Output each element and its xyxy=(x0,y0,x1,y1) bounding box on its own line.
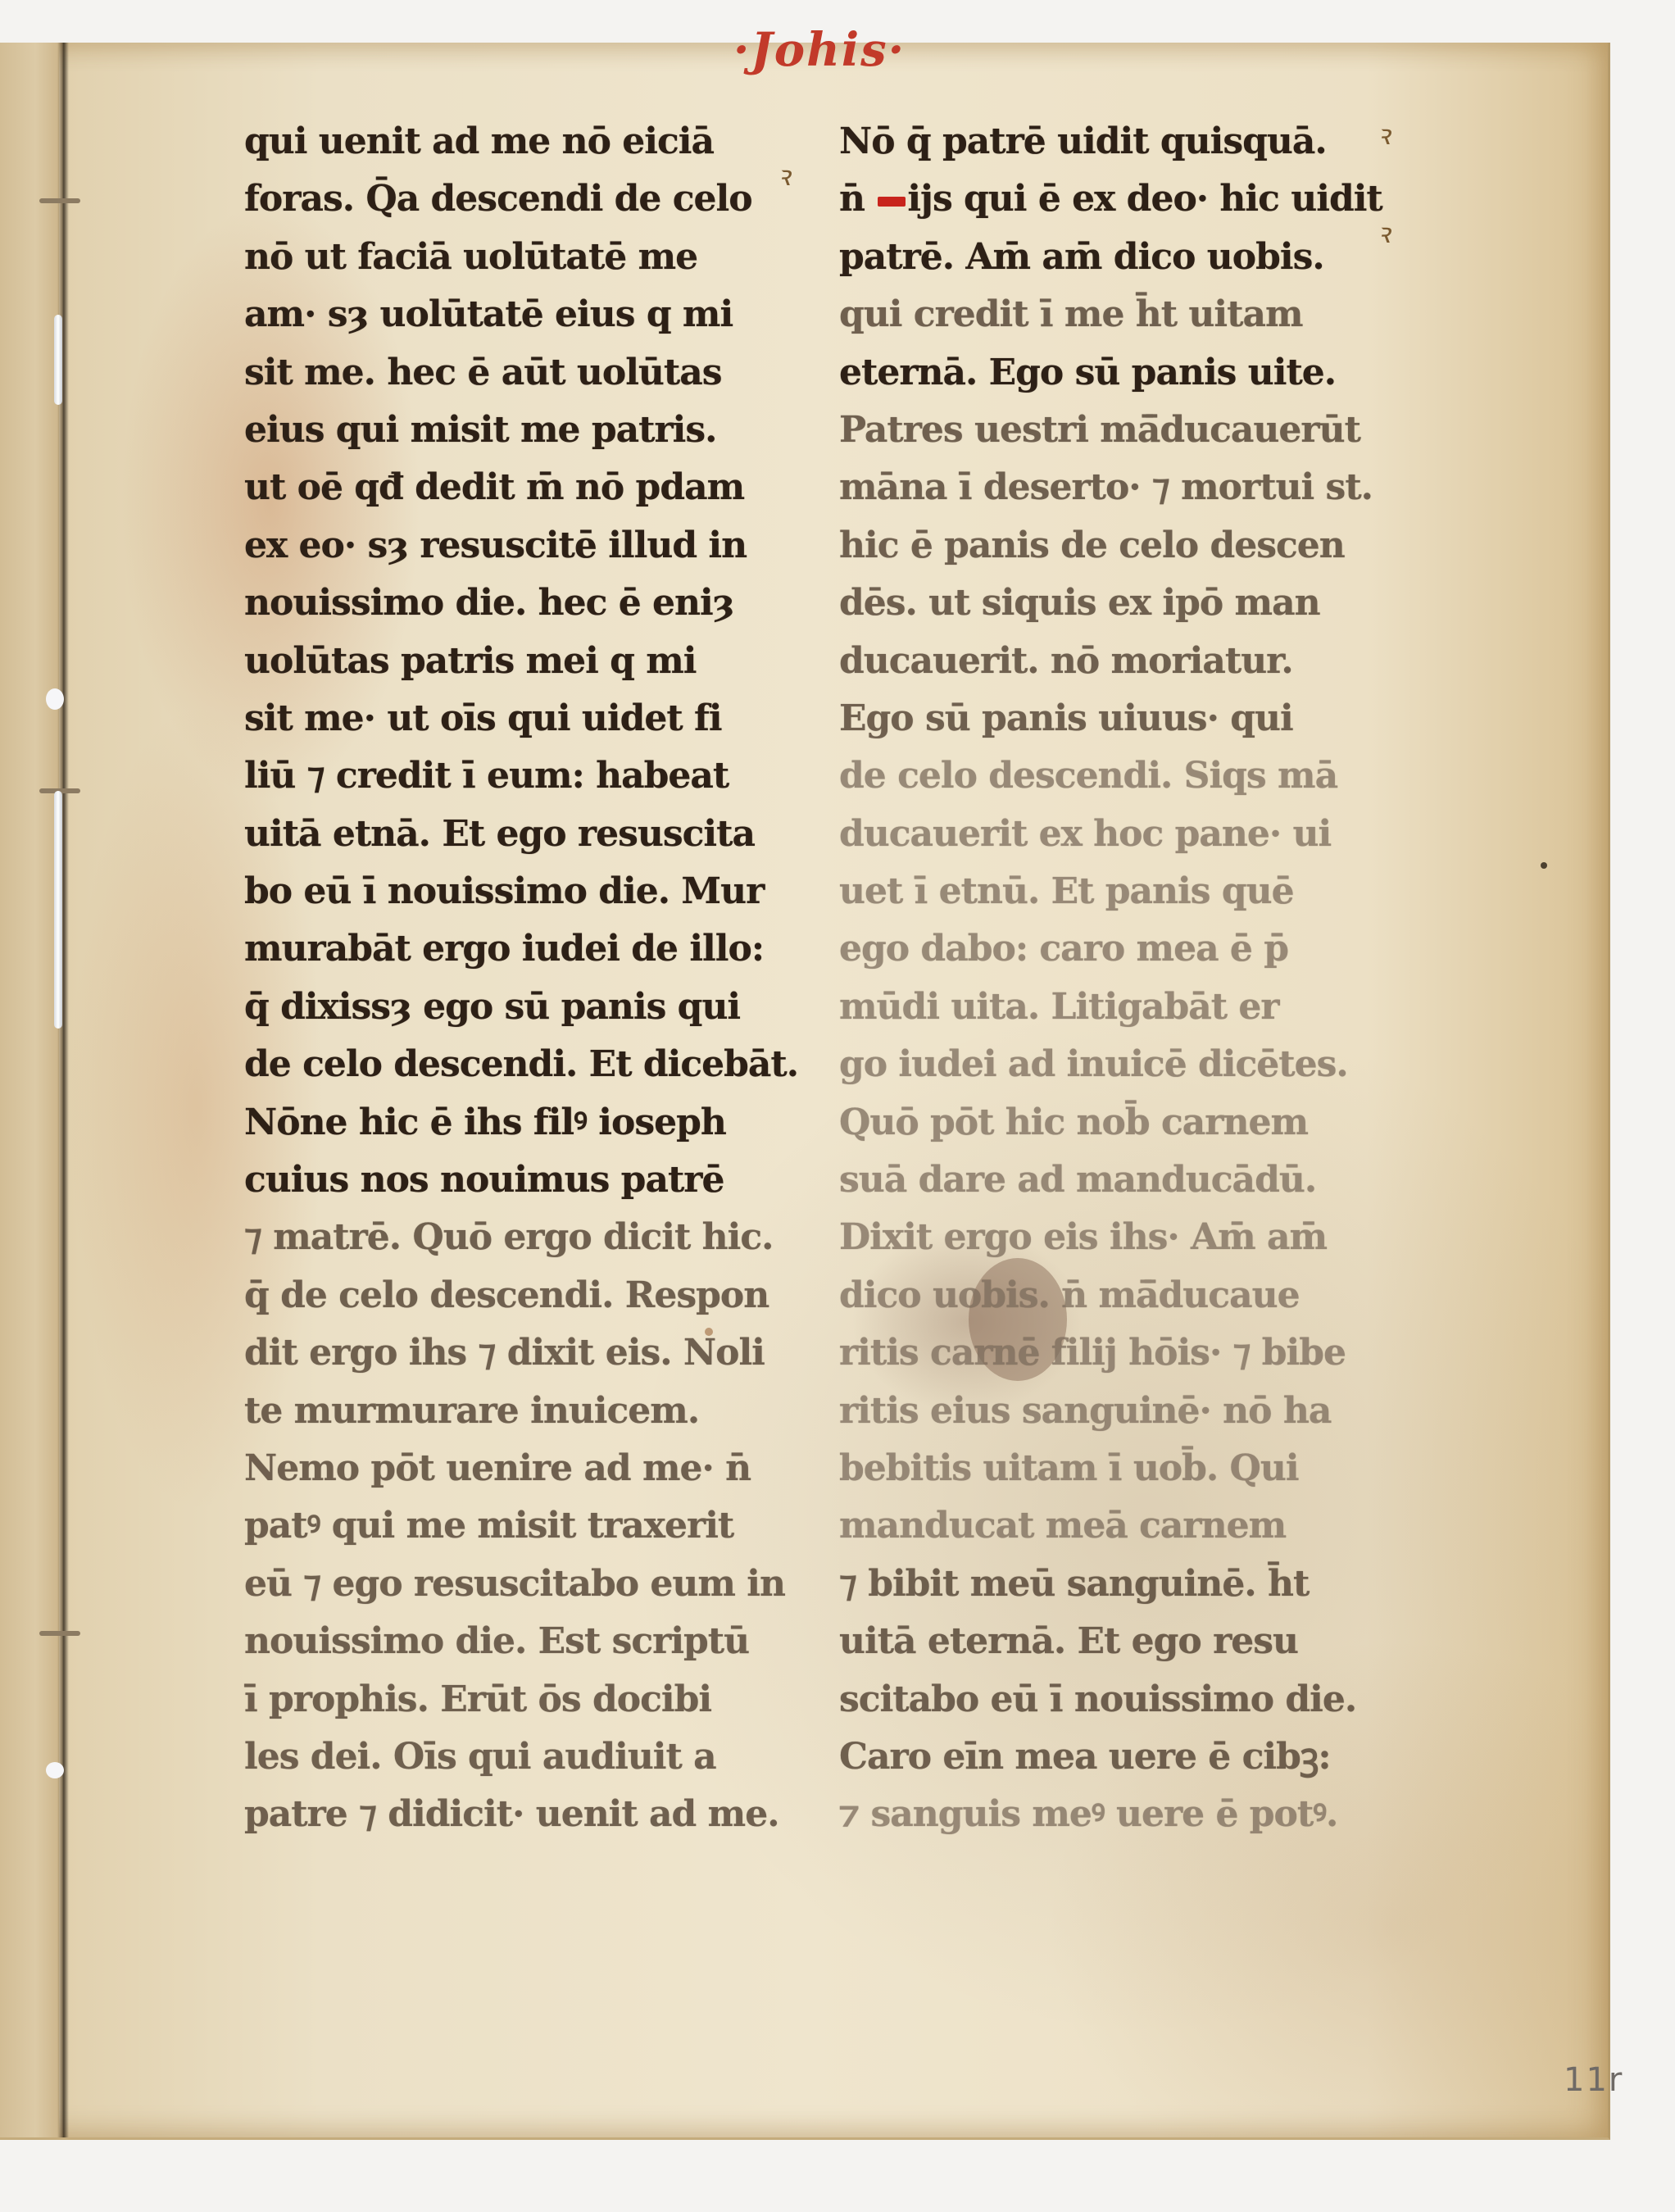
text-line: patre ⁊ didicit· uenit ad me. xyxy=(244,1786,777,1843)
text-line: Nemo pōt uenire ad me· n̄ xyxy=(244,1440,777,1497)
text-line: dēs. ut siquis ex ipō man xyxy=(839,575,1388,632)
text-line: foras. Q̄a descendi de celo xyxy=(244,170,777,228)
text-line: sit me. hec ē aūt uolūtas xyxy=(244,344,777,402)
text-line: dit ergo ihs ⁊ dixit eis. Noli xyxy=(244,1324,777,1382)
text-line: ego dabo: caro mea ē p̄ xyxy=(839,920,1388,978)
text-line: suā dare ad manducādū. xyxy=(839,1151,1388,1209)
text-line: murabāt ergo iudei de illo: xyxy=(244,920,777,978)
sewing-hole xyxy=(46,688,64,710)
text-line: qui uenit ad me nō eiciā xyxy=(244,113,777,170)
correction-mark: ꝛ xyxy=(777,156,790,193)
sewing-hole xyxy=(46,1762,64,1778)
text-line: liū ⁊ credit ī eum: habeat xyxy=(244,747,777,805)
text-fragment: ijs qui ē ex deo· hic uidit xyxy=(907,178,1382,220)
text-line: ex eo· sȝ resuscitē illud in xyxy=(244,517,777,575)
text-column-left: qui uenit ad me nō eiciā foras. Q̄a desc… xyxy=(244,113,777,1844)
text-line: ⁊ bibit meū sanguinē. h̄t xyxy=(839,1556,1388,1613)
text-line: uolūtas patris mei q mi xyxy=(244,633,777,690)
text-line: eternā. Ego sū panis uite. xyxy=(839,344,1388,402)
text-fragment: n̄ xyxy=(839,178,876,220)
text-line: Caro eīn mea uere ē cibꝫ: xyxy=(839,1728,1388,1786)
text-line: bebitis uitam ī uob̄. Qui xyxy=(839,1440,1388,1497)
text-line: eius qui misit me patris. xyxy=(244,402,777,459)
rubric-stroke xyxy=(878,197,906,207)
text-line: ut oē qđ dedit m̄ nō pdam xyxy=(244,459,777,516)
sewing-thread xyxy=(54,791,62,1029)
text-line: Ego sū panis uiuus· qui xyxy=(839,690,1388,747)
text-line: scitabo eū ī nouissimo die. xyxy=(839,1671,1388,1728)
text-line: ritis carnē filij hōis· ⁊ bibe xyxy=(839,1324,1388,1382)
text-line: uitā eternā. Et ego resu xyxy=(839,1613,1388,1670)
text-line: patꝰ qui me misit traxerit xyxy=(244,1497,777,1555)
running-head: ·Johis· xyxy=(697,23,942,77)
text-line: q̄ de celo descendi. Respon xyxy=(244,1267,777,1324)
text-line: nō ut faciā uolūtatē me xyxy=(244,229,777,286)
text-line: de celo descendi. Siqs mā xyxy=(839,747,1388,805)
text-line: q̄ dixissȝ ego sū panis qui xyxy=(244,979,777,1036)
text-line: nouissimo die. Est scriptū xyxy=(244,1613,777,1670)
text-line: te murmurare inuicem. xyxy=(244,1383,777,1440)
text-line: patrē. Am̄ am̄ dico uobis. xyxy=(839,229,1388,286)
text-line: ⁊ matrē. Quō ergo dicit hic. xyxy=(244,1209,777,1266)
text-line: mūdi uita. Litigabāt er xyxy=(839,979,1388,1036)
text-line: am· sȝ uolūtatē eius q mi xyxy=(244,286,777,343)
text-line: Dixit ergo eis ihs· Am̄ am̄ xyxy=(839,1209,1388,1266)
text-line: eū ⁊ ego resuscitabo eum in xyxy=(244,1556,777,1613)
text-line: nouissimo die. hec ē eniȝ xyxy=(244,575,777,632)
folio-number: 11r xyxy=(1564,2061,1623,2099)
conjugate-leaf-edge xyxy=(0,43,59,2137)
text-line: n̄ ijs qui ē ex deo· hic uidit xyxy=(839,170,1388,228)
text-line: Quō pōt hic nob̄ carnem xyxy=(839,1094,1388,1151)
text-line: uitā etnā. Et ego resuscita xyxy=(244,806,777,863)
text-line: manducat meā carnem xyxy=(839,1497,1388,1555)
correction-mark: ꝛ xyxy=(1377,115,1390,152)
text-line: qui credit ī me h̄t uitam xyxy=(839,286,1388,343)
text-line: Nōne hic ē ihs filꝰ ioseph xyxy=(244,1094,777,1151)
sewing-thread xyxy=(54,315,62,405)
sewing-stitch xyxy=(39,198,80,203)
text-line: ī prophis. Erūt ōs docibi xyxy=(244,1671,777,1728)
text-line: ritis eius sanguinē· nō ha xyxy=(839,1383,1388,1440)
sewing-stitch xyxy=(39,1631,80,1636)
correction-mark: ꝛ xyxy=(1377,213,1390,251)
text-line: dico uobis. n̄ mā̄ducaue xyxy=(839,1267,1388,1324)
text-line: de celo descendi. Et dicebāt. xyxy=(244,1036,777,1093)
text-line: Nō q̄ patrē uidit quisquā. xyxy=(839,113,1388,170)
text-line: cuius nos nouimus patrē xyxy=(244,1151,777,1209)
foxing-spot xyxy=(1541,862,1547,869)
text-line: sit me· ut oīs qui uidet fi xyxy=(244,690,777,747)
text-line: hic ē panis de celo descen xyxy=(839,517,1388,575)
text-line: les dei. Oīs qui audiuit a xyxy=(244,1728,777,1786)
text-line: ⁊ sanguis meꝰ uere ē potꝰ. xyxy=(839,1786,1388,1843)
text-line: Patres uestri mā̄ducauerūt xyxy=(839,402,1388,459)
text-line: go iudei ad inuicē dicētes. xyxy=(839,1036,1388,1093)
text-column-right: Nō q̄ patrē uidit quisquā. n̄ ijs qui ē … xyxy=(839,113,1388,1844)
text-line: uet ī etnū. Et panis quē xyxy=(839,863,1388,920)
text-line: ducauerit. nō moriatur. xyxy=(839,633,1388,690)
text-line: māna ī deserto· ⁊ mortui st. xyxy=(839,459,1388,516)
text-line: ducauerit ex hoc pane· ui xyxy=(839,806,1388,863)
text-line: bo eū ī nouissimo die. Mur xyxy=(244,863,777,920)
